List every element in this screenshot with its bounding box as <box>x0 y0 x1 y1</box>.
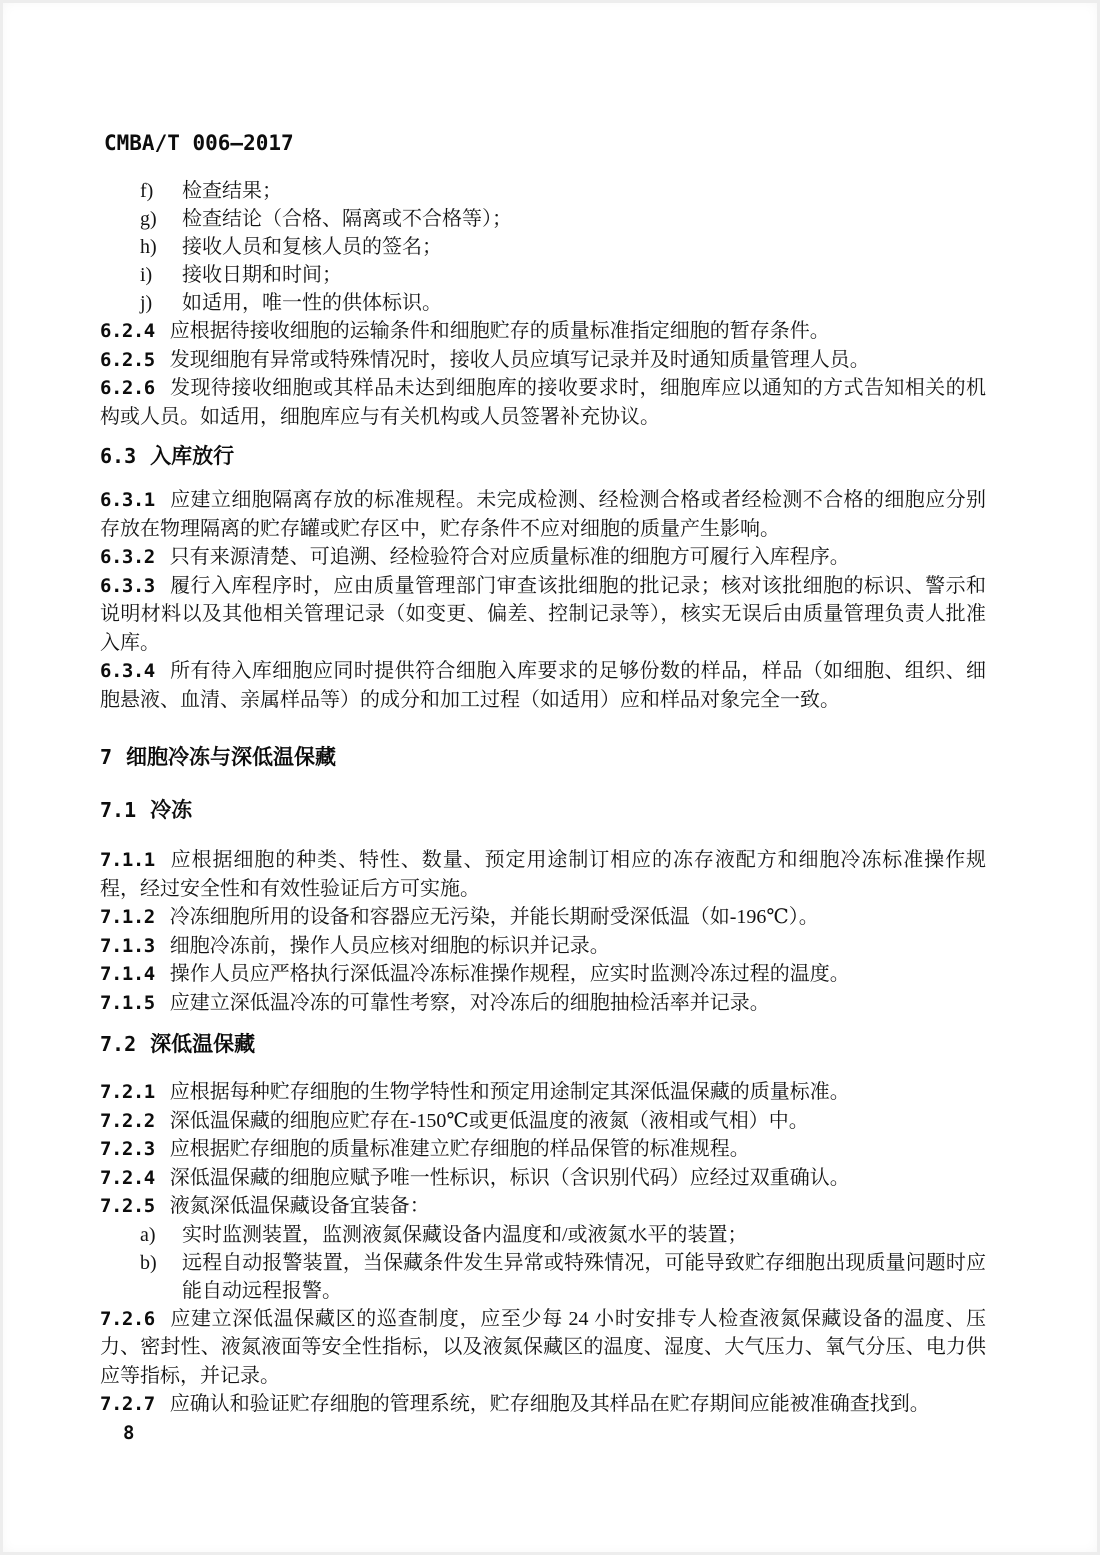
list-item-marker: h) <box>140 233 182 261</box>
list-item: j) 如适用，唯一性的供体标识。 <box>100 289 986 317</box>
clause-text: 应根据贮存细胞的质量标准建立贮存细胞的样品保管的标准规程。 <box>170 1138 750 1160</box>
heading-number: 7.1 <box>100 798 136 822</box>
clause-text: 操作人员应严格执行深低温冷冻标准操作规程，应实时监测冷冻过程的温度。 <box>170 963 850 985</box>
clause-7-2-2: 7.2.2深低温保藏的细胞应贮存在-150℃或更低温度的液氮（液相或气相）中。 <box>100 1107 986 1136</box>
clause-number: 6.2.6 <box>100 377 155 399</box>
clause-number: 7.2.4 <box>100 1167 155 1189</box>
list-item-marker: f) <box>140 177 182 205</box>
clause-7-1-5: 7.1.5应建立深低温冷冻的可靠性考察，对冷冻后的细胞抽检活率并记录。 <box>100 989 986 1018</box>
document-page: CMBA/T 006—2017 f) 检查结果； g) 检查结论（合格、隔离或不… <box>0 0 1100 1555</box>
clause-text: 应根据细胞的种类、特性、数量、预定用途制订相应的冻存液配方和细胞冷冻标准操作规程… <box>100 849 986 900</box>
list-item-text: 实时监测装置，监测液氮保藏设备内温度和/或液氮水平的装置； <box>182 1221 986 1249</box>
clause-7-2-6: 7.2.6应建立深低温保藏区的巡查制度，应至少每 24 小时安排专人检查液氮保藏… <box>100 1305 986 1391</box>
clause-6-3-2: 6.3.2只有来源清楚、可追溯、经检验符合对应质量标准的细胞方可履行入库程序。 <box>100 543 986 572</box>
list-item: g) 检查结论（合格、隔离或不合格等）； <box>100 205 986 233</box>
clause-7-2-5: 7.2.5液氮深低温保藏设备宜装备： <box>100 1192 986 1221</box>
section-heading-7: 7细胞冷冻与深低温保藏 <box>100 746 986 769</box>
cryo-equipment-list: a) 实时监测装置，监测液氮保藏设备内温度和/或液氮水平的装置； b) 远程自动… <box>100 1221 986 1305</box>
list-item-text: 检查结论（合格、隔离或不合格等）； <box>182 205 986 233</box>
clause-text: 应建立细胞隔离存放的标准规程。未完成检测、经检测合格或者经检测不合格的细胞应分别… <box>100 489 986 540</box>
clause-number: 7.2.3 <box>100 1138 155 1160</box>
clause-number: 7.2.2 <box>100 1110 155 1132</box>
list-item-text: 检查结果； <box>182 177 986 205</box>
heading-number: 6.3 <box>100 444 136 468</box>
standard-code-header: CMBA/T 006—2017 <box>104 131 294 155</box>
list-item-marker: i) <box>140 261 182 289</box>
list-item: f) 检查结果； <box>100 177 986 205</box>
clause-number: 6.3.4 <box>100 660 155 682</box>
heading-title: 冷冻 <box>150 799 192 822</box>
list-item-text: 接收人员和复核人员的签名； <box>182 233 986 261</box>
clause-7-2-1: 7.2.1应根据每种贮存细胞的生物学特性和预定用途制定其深低温保藏的质量标准。 <box>100 1078 986 1107</box>
clause-6-3-1: 6.3.1应建立细胞隔离存放的标准规程。未完成检测、经检测合格或者经检测不合格的… <box>100 486 986 543</box>
list-item: i) 接收日期和时间； <box>100 261 986 289</box>
clause-number: 7.1.2 <box>100 906 155 928</box>
clause-text: 细胞冷冻前，操作人员应核对细胞的标识并记录。 <box>170 935 610 957</box>
clause-7-1-1: 7.1.1应根据细胞的种类、特性、数量、预定用途制订相应的冻存液配方和细胞冷冻标… <box>100 846 986 903</box>
list-item-text: 如适用，唯一性的供体标识。 <box>182 289 986 317</box>
clause-text: 应建立深低温冷冻的可靠性考察，对冷冻后的细胞抽检活率并记录。 <box>170 992 770 1014</box>
clause-text: 所有待入库细胞应同时提供符合细胞入库要求的足够份数的样品，样品（如细胞、组织、细… <box>100 660 986 711</box>
clause-7-1-3: 7.1.3细胞冷冻前，操作人员应核对细胞的标识并记录。 <box>100 932 986 961</box>
heading-title: 入库放行 <box>150 445 234 468</box>
clause-number: 7.1.3 <box>100 935 155 957</box>
clause-text: 只有来源清楚、可追溯、经检验符合对应质量标准的细胞方可履行入库程序。 <box>170 546 850 568</box>
heading-number: 7 <box>100 745 112 769</box>
clause-number: 7.1.4 <box>100 963 155 985</box>
clause-number: 7.1.5 <box>100 992 155 1014</box>
clause-6-3-3: 6.3.3履行入库程序时，应由质量管理部门审查该批细胞的批记录；核对该批细胞的标… <box>100 572 986 658</box>
clause-text: 应根据待接收细胞的运输条件和细胞贮存的质量标准指定细胞的暂存条件。 <box>170 320 830 342</box>
list-item-text: 远程自动报警装置，当保藏条件发生异常或特殊情况，可能导致贮存细胞出现质量问题时应… <box>182 1249 986 1305</box>
heading-number: 7.2 <box>100 1032 136 1056</box>
list-item-marker: g) <box>140 205 182 233</box>
heading-title: 细胞冷冻与深低温保藏 <box>126 746 336 769</box>
clause-number: 7.2.5 <box>100 1195 155 1217</box>
clause-7-1-2: 7.1.2冷冻细胞所用的设备和容器应无污染，并能长期耐受深低温（如-196℃）。 <box>100 903 986 932</box>
page-number: 8 <box>123 1422 134 1444</box>
page-content: f) 检查结果； g) 检查结论（合格、隔离或不合格等）； h) 接收人员和复核… <box>100 177 986 1419</box>
list-item-marker: a) <box>140 1221 182 1249</box>
clause-text: 冷冻细胞所用的设备和容器应无污染，并能长期耐受深低温（如-196℃）。 <box>170 906 819 928</box>
clause-text: 履行入库程序时，应由质量管理部门审查该批细胞的批记录；核对该批细胞的标识、警示和… <box>100 575 986 654</box>
clause-text: 应根据每种贮存细胞的生物学特性和预定用途制定其深低温保藏的质量标准。 <box>170 1081 850 1103</box>
clause-number: 6.3.2 <box>100 546 155 568</box>
clause-text: 深低温保藏的细胞应赋予唯一性标识，标识（含识别代码）应经过双重确认。 <box>170 1167 850 1189</box>
clause-number: 6.3.3 <box>100 575 155 597</box>
heading-title: 深低温保藏 <box>150 1033 255 1056</box>
clause-text: 应建立深低温保藏区的巡查制度，应至少每 24 小时安排专人检查液氮保藏设备的温度… <box>100 1308 986 1387</box>
clause-7-2-3: 7.2.3应根据贮存细胞的质量标准建立贮存细胞的样品保管的标准规程。 <box>100 1135 986 1164</box>
clause-6-2-5: 6.2.5发现细胞有异常或特殊情况时，接收人员应填写记录并及时通知质量管理人员。 <box>100 346 986 375</box>
clause-text: 深低温保藏的细胞应贮存在-150℃或更低温度的液氮（液相或气相）中。 <box>170 1110 809 1132</box>
clause-number: 7.2.6 <box>100 1308 155 1330</box>
list-item-marker: j) <box>140 289 182 317</box>
clause-number: 6.2.4 <box>100 320 155 342</box>
list-item-marker: b) <box>140 1249 182 1305</box>
clause-7-2-7: 7.2.7应确认和验证贮存细胞的管理系统，贮存细胞及其样品在贮存期间应能被准确查… <box>100 1390 986 1419</box>
list-item-text: 接收日期和时间； <box>182 261 986 289</box>
clause-text: 液氮深低温保藏设备宜装备： <box>170 1195 430 1217</box>
clause-6-2-6: 6.2.6发现待接收细胞或其样品未达到细胞库的接收要求时，细胞库应以通知的方式告… <box>100 374 986 431</box>
clause-text: 发现细胞有异常或特殊情况时，接收人员应填写记录并及时通知质量管理人员。 <box>170 349 870 371</box>
clause-text: 应确认和验证贮存细胞的管理系统，贮存细胞及其样品在贮存期间应能被准确查找到。 <box>170 1393 930 1415</box>
clause-number: 7.2.1 <box>100 1081 155 1103</box>
clause-7-1-4: 7.1.4操作人员应严格执行深低温冷冻标准操作规程，应实时监测冷冻过程的温度。 <box>100 960 986 989</box>
clause-number: 7.1.1 <box>100 849 155 871</box>
list-item: a) 实时监测装置，监测液氮保藏设备内温度和/或液氮水平的装置； <box>100 1221 986 1249</box>
clause-number: 6.3.1 <box>100 489 155 511</box>
clause-number: 6.2.5 <box>100 349 155 371</box>
reception-record-list: f) 检查结果； g) 检查结论（合格、隔离或不合格等）； h) 接收人员和复核… <box>100 177 986 317</box>
section-heading-7-1: 7.1冷冻 <box>100 799 986 822</box>
list-item: b) 远程自动报警装置，当保藏条件发生异常或特殊情况，可能导致贮存细胞出现质量问… <box>100 1249 986 1305</box>
clause-7-2-4: 7.2.4深低温保藏的细胞应赋予唯一性标识，标识（含识别代码）应经过双重确认。 <box>100 1164 986 1193</box>
clause-6-3-4: 6.3.4所有待入库细胞应同时提供符合细胞入库要求的足够份数的样品，样品（如细胞… <box>100 657 986 714</box>
clause-number: 7.2.7 <box>100 1393 155 1415</box>
clause-text: 发现待接收细胞或其样品未达到细胞库的接收要求时，细胞库应以通知的方式告知相关的机… <box>100 377 986 428</box>
section-heading-7-2: 7.2深低温保藏 <box>100 1033 986 1056</box>
list-item: h) 接收人员和复核人员的签名； <box>100 233 986 261</box>
section-heading-6-3: 6.3入库放行 <box>100 445 986 468</box>
clause-6-2-4: 6.2.4应根据待接收细胞的运输条件和细胞贮存的质量标准指定细胞的暂存条件。 <box>100 317 986 346</box>
